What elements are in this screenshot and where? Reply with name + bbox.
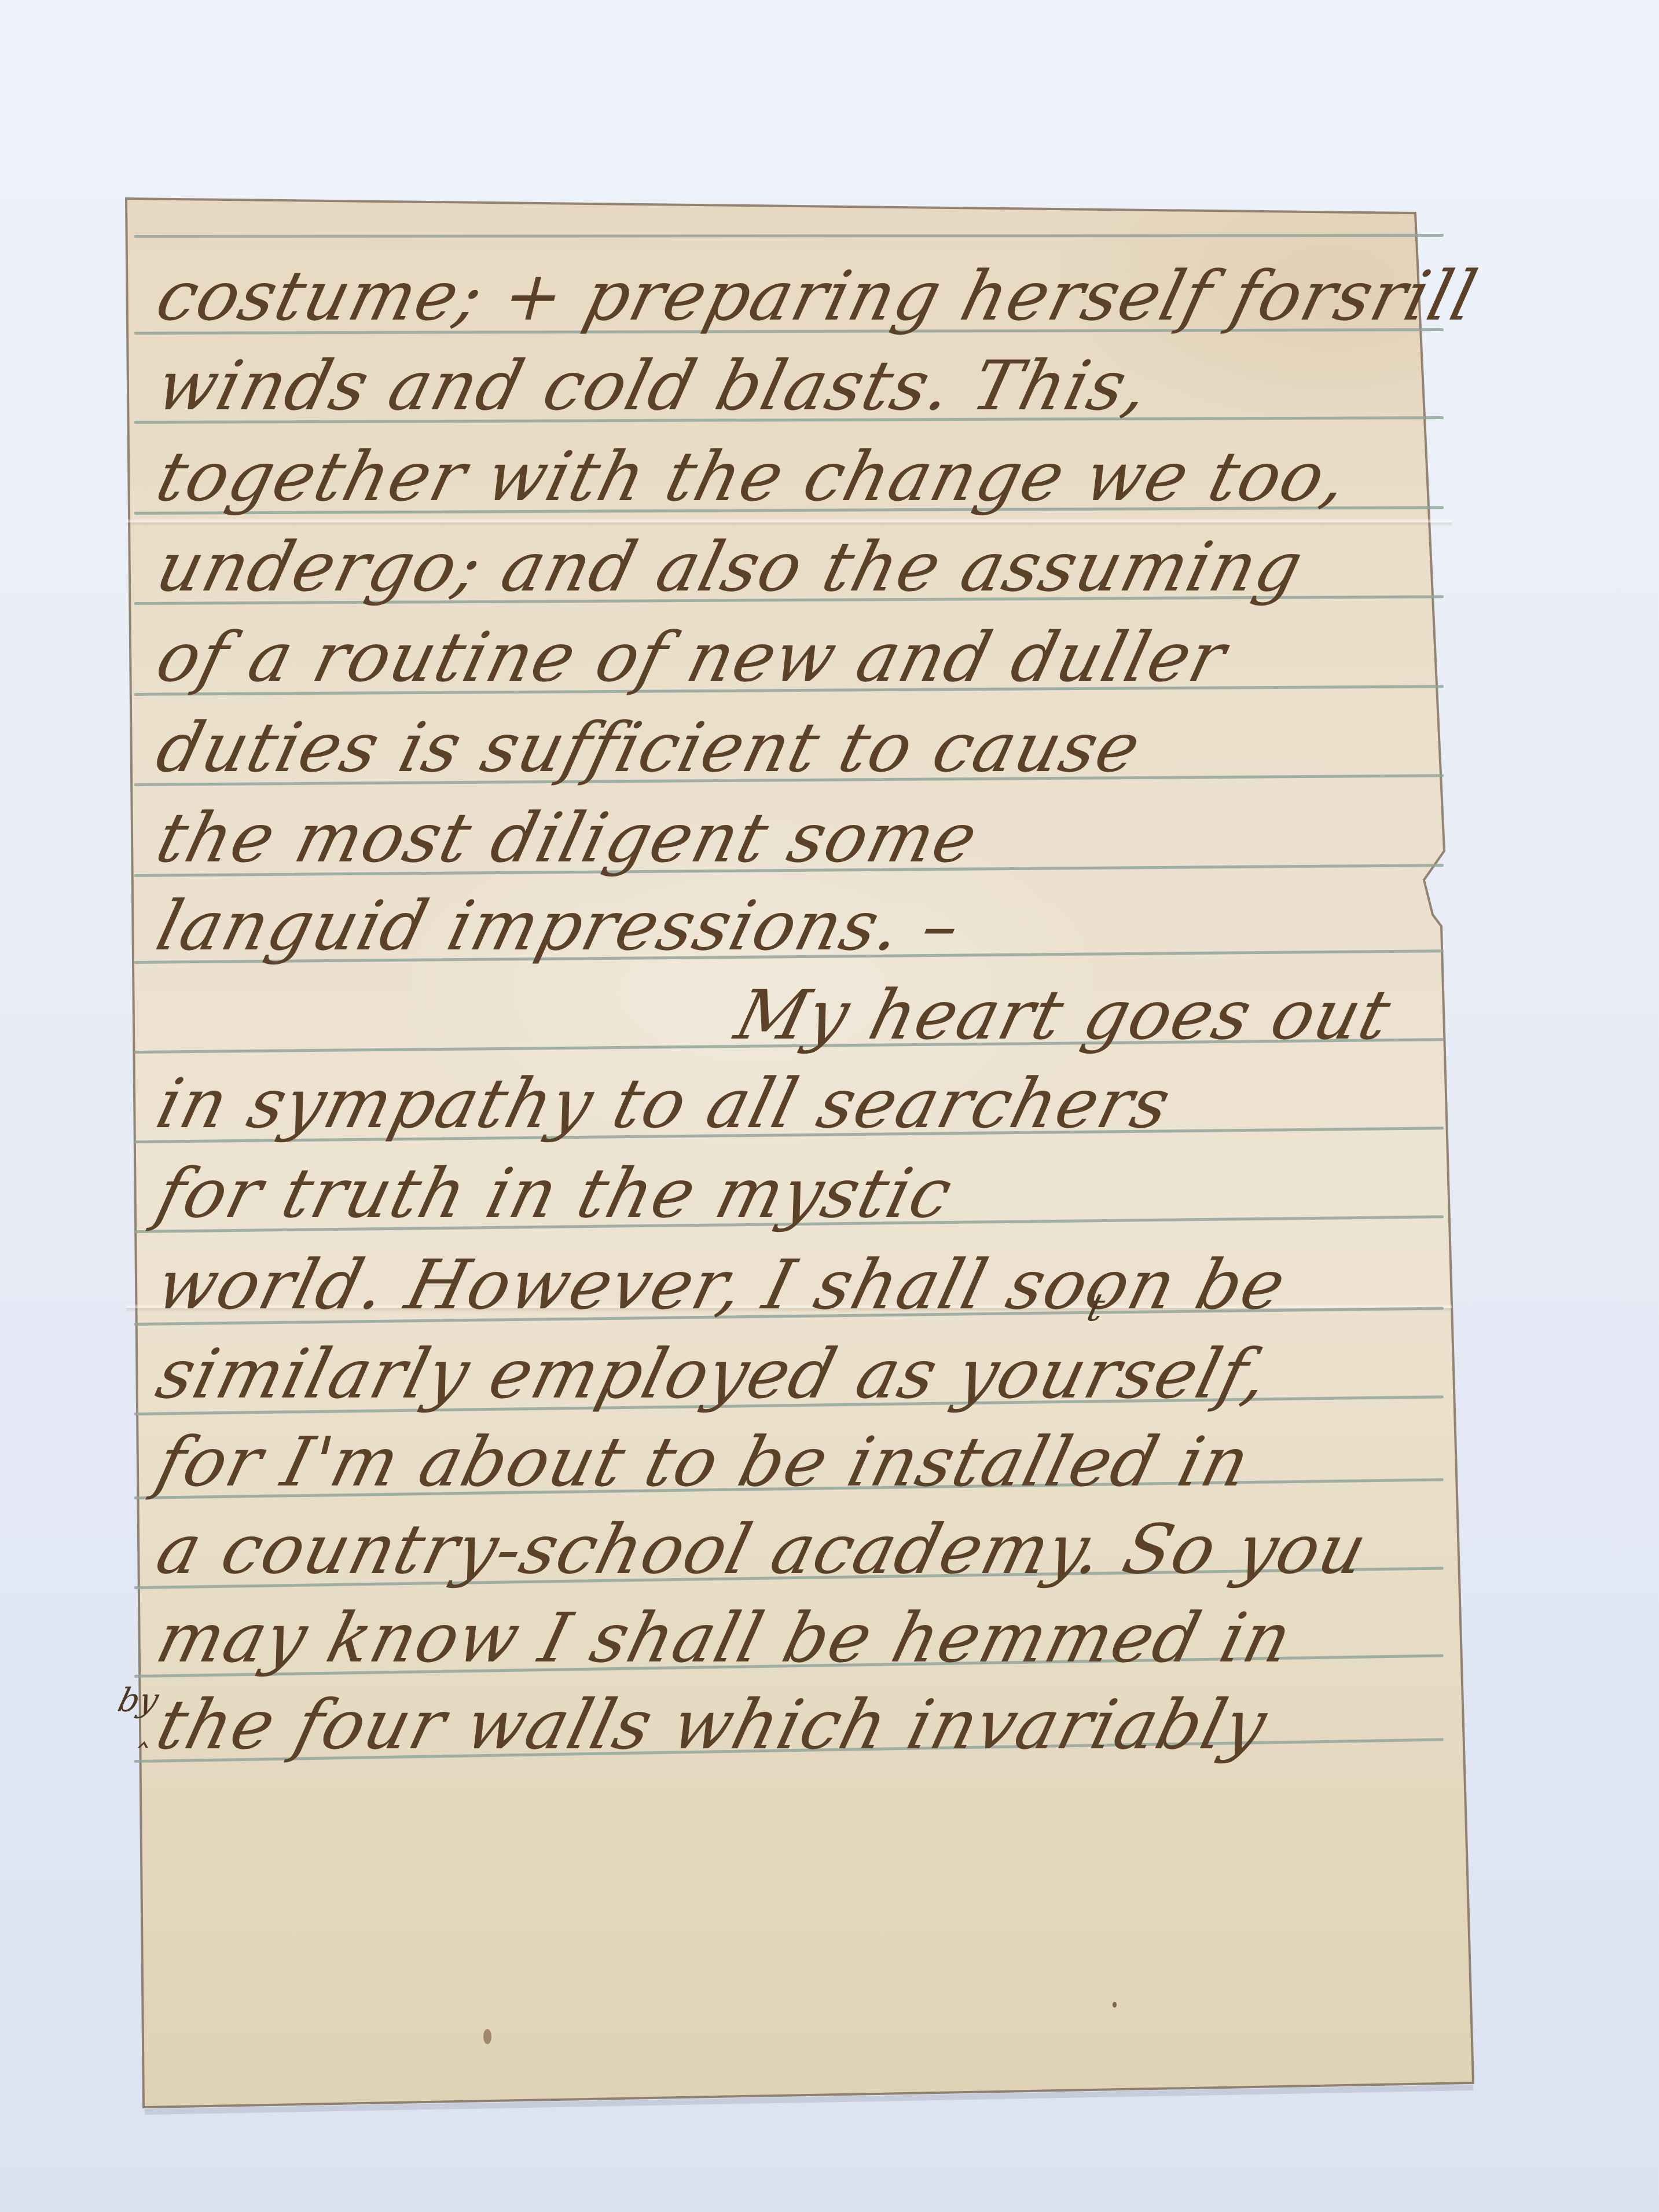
handwriting-line-7: the most diligent some	[151, 785, 1445, 872]
photo-scene: costume; + preparing herself forsrill wi…	[0, 0, 1659, 2212]
handwriting-line-17: the four walls which invariably	[151, 1672, 1445, 1759]
handwriting-line-6: duties is sufficient to cause	[151, 695, 1445, 782]
handwriting-line-10: in sympathy to all searchers	[151, 1051, 1445, 1138]
handwriting-line-11: for truth in the mystic	[151, 1140, 1445, 1227]
handwriting-line-5: of a routine of new and duller	[151, 604, 1445, 691]
handwriting-line-15: a country-school academy. So you	[151, 1496, 1445, 1583]
handwriting-line-9: My heart goes out	[151, 962, 1659, 1049]
handwriting-line-14: for I'm about to be installed in	[151, 1409, 1445, 1496]
handwriting-line-4: undergo; and also the assuming	[151, 514, 1445, 601]
handwriting-line-16: may know I shall be hemmed in	[151, 1585, 1445, 1672]
handwriting-line-1: costume; + preparing herself forsrill	[151, 243, 1445, 330]
ink-spot	[1113, 2002, 1117, 2008]
ink-spot	[483, 2029, 491, 2044]
handwriting-line-2: winds and cold blasts. This,	[151, 333, 1445, 420]
handwriting-line-13: similarly employed as yourself,	[151, 1321, 1445, 1408]
handwriting-line-8: languid impressions. –	[151, 873, 1445, 960]
handwriting-line-3: together with the change we too,	[151, 424, 1445, 511]
handwriting-line-12: world. However, I shall soon be	[151, 1232, 1445, 1319]
